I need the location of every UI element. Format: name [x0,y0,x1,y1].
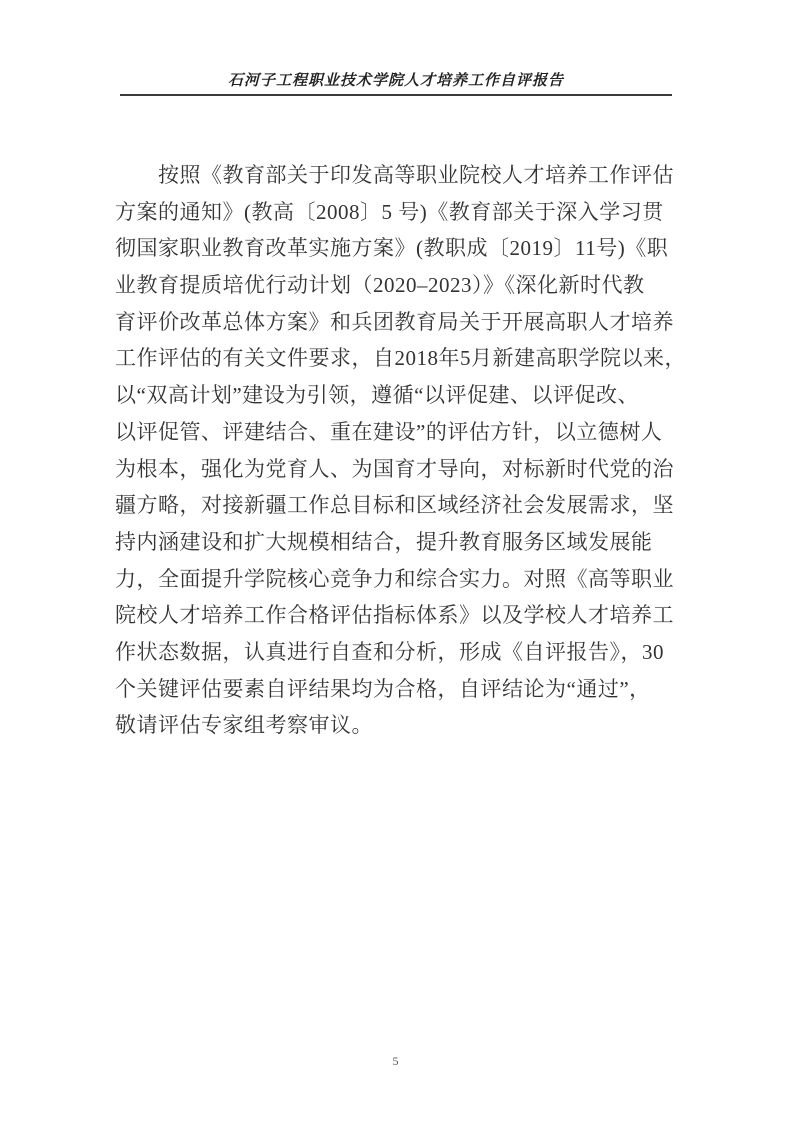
paragraph-line: 为根本，强化为党育人、为国育才导向，对标新时代党的治 [115,451,685,488]
paragraph-line: 育评价改革总体方案》和兵团教育局关于开展高职人才培养 [115,304,685,341]
paragraph-line: 业教育提质培优行动计划（2020–2023）》《深化新时代教 [115,267,685,304]
paragraph-line: 按照《教育部关于印发高等职业院校人才培养工作评估 [115,157,685,194]
paragraph-line: 以“双高计划”建设为引领，遵循“以评促建、以评促改、 [115,377,685,414]
document-page: 石河子工程职业技术学院人才培养工作自评报告 按照《教育部关于印发高等职业院校人才… [0,0,792,1122]
header-rule [120,94,672,96]
page-header-title: 石河子工程职业技术学院人才培养工作自评报告 [0,69,792,90]
paragraph-line: 工作评估的有关文件要求，自2018年5月新建高职学院以来， [115,340,685,377]
paragraph-line: 方案的通知》(教高〔2008〕5 号)《教育部关于深入学习贯 [115,194,685,231]
paragraph-line: 力，全面提升学院核心竞争力和综合实力。对照《高等职业 [115,561,685,598]
paragraph-line: 以评促管、评建结合、重在建设”的评估方针，以立德树人 [115,414,685,451]
paragraph-line: 个关键评估要素自评结果均为合格，自评结论为“通过”， [115,671,685,708]
paragraph-line: 作状态数据，认真进行自查和分析，形成《自评报告》，30 [115,634,685,671]
paragraph-line: 持内涵建设和扩大规模相结合，提升教育服务区域发展能 [115,524,685,561]
paragraph-line: 疆方略，对接新疆工作总目标和区域经济社会发展需求，坚 [115,487,685,524]
paragraph-line: 彻国家职业教育改革实施方案》(教职成〔2019〕11号)《职 [115,230,685,267]
paragraph-line: 院校人才培养工作合格评估指标体系》以及学校人才培养工 [115,597,685,634]
page-number: 5 [0,1054,792,1069]
document-paragraph: 按照《教育部关于印发高等职业院校人才培养工作评估方案的通知》(教高〔2008〕5… [115,157,685,744]
paragraph-line: 敬请评估专家组考察审议。 [115,707,685,744]
